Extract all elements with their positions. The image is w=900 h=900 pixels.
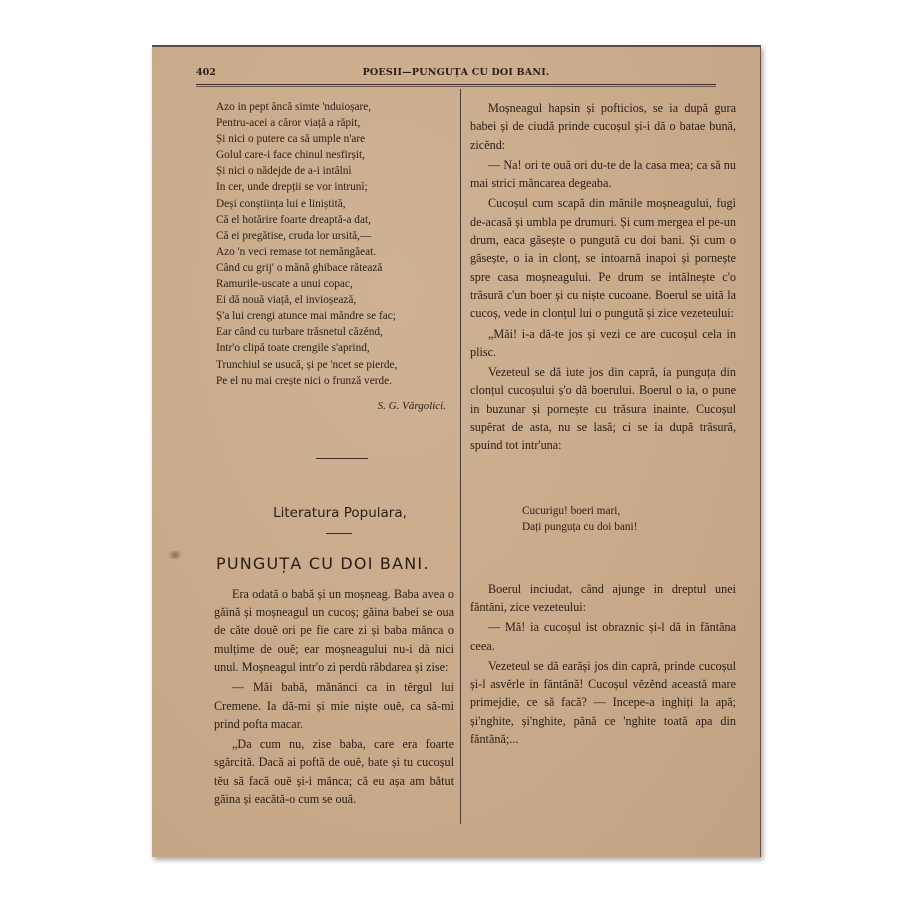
poem-line: Ear când cu turbare trăsnetul căzĕnd, [216,324,454,340]
paragraph: — Na! ori te ouă ori du-te de la casa me… [470,156,736,193]
right-column: Moșneagul hapsin și pofticios, se ia dup… [470,97,736,748]
section-heading: Literatura Populara, [226,505,454,521]
column-divider [460,89,461,824]
poem-line: Azo in pept ăncă simte 'nduioșare, [216,99,454,115]
paragraph: — Măi babă, mănănci ca in tĕrgul lui Cre… [214,678,454,733]
poem-line: In cer, unde drepții se vor intrunì; [216,179,454,195]
poem-line: Că ei pregătise, cruda lor ursită,— [216,228,454,244]
paragraph: „Da cum nu, zise baba, care era foarte s… [214,735,454,808]
heading-separator [326,533,352,534]
chant-line: Dați punguța cu doi bani! [522,519,736,536]
paragraph: Cucoșul cum scapă din mănile moșneagului… [470,194,736,322]
poem-line: Că el hotărire foarte dreaptă-a dat, [216,212,454,228]
section-separator [316,458,368,459]
scanned-book-page: 402 POESII—PUNGUȚA CU DOI BANI. Azo in p… [152,45,761,857]
chant-line: Cucurigu! boeri mari, [522,503,736,520]
poem-line: Ei dă nouă viață, el invioșează, [216,292,454,308]
poem-line: Când cu grij' o mănă ghibace rătează [216,260,454,276]
poem-line: Azo 'n veci remase tot nemăngăeat. [216,244,454,260]
poem-line: Golul care-i face chinul nesfirșit, [216,147,454,163]
paragraph: Era odată o babă și un moșneag. Baba ave… [214,585,454,676]
poem: Azo in pept ăncă simte 'nduioșare, Pentr… [216,99,454,414]
ink-smudge [166,551,184,559]
paragraph: Vezeteul se dă iute jos din capră, ia pu… [470,363,736,454]
poem-line: Și nici o nădejde de a-i intâlnì [216,163,454,179]
story-title: PUNGUȚA CU DOI BANI. [216,554,454,573]
story-text-right-bottom: Boerul inciudat, când ajunge in dreptul … [470,580,736,749]
poem-line: Deși conștiința lui e liniștită, [216,196,454,212]
paragraph: Boerul inciudat, când ajunge in dreptul … [470,580,736,617]
story-text-right-top: Moșneagul hapsin și pofticios, se ia dup… [470,99,736,455]
paragraph: Vezeteul se dă earăși jos din capră, pri… [470,657,736,748]
poem-signature: S. G. Vărgolici. [216,398,446,414]
paragraph: „Măi! i-a dă-te jos și vezi ce are cucoș… [470,325,736,362]
left-column: Azo in pept ăncă simte 'nduioșare, Pentr… [196,97,454,808]
paragraph: Moșneagul hapsin și pofticios, se ia dup… [470,99,736,154]
poem-line: Intr'o clipă toate crengile s'aprind, [216,340,454,356]
running-header: 402 POESII—PUNGUȚA CU DOI BANI. [152,67,760,83]
paragraph: — Mă! ia cucoșul ist obraznic și-l dă in… [470,618,736,655]
poem-line: Și nici o putere ca să umple n'are [216,131,454,147]
story-text-left: Era odată o babă și un moșneag. Baba ave… [214,585,454,809]
poem-line: Ramurile-uscate a unui copac, [216,276,454,292]
poem-line: Pe el nu mai crește nici o frunză verde. [216,373,454,389]
poem-line: Trunchiul se usucă, și pe 'ncet se pierd… [216,357,454,373]
poem-line: Ș'a lui crengi atunce mai măndre se fac; [216,308,454,324]
rooster-chant: Cucurigu! boeri mari, Dați punguța cu do… [522,503,736,536]
poem-line: Pentru-acei a căror viață a răpit, [216,115,454,131]
running-title: POESII—PUNGUȚA CU DOI BANI. [152,67,760,78]
header-rule [196,84,716,87]
